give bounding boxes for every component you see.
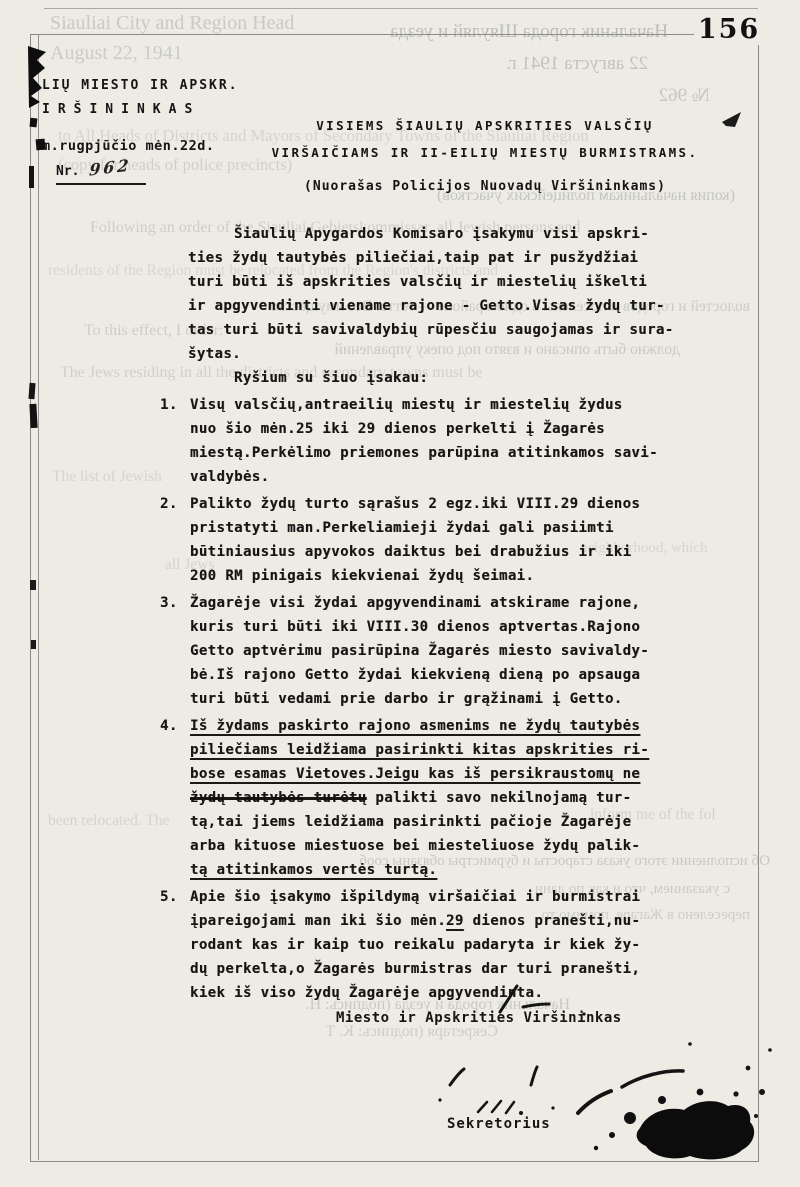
text-segment: dų perkelta,o Žagarės burmistras dar tur…	[190, 961, 640, 977]
order-items: 1.Visų valsčių,antraeilių miestų ir mies…	[160, 393, 744, 1005]
order-item-line: tą,tai jiems leidžiama pasirinkti pačioj…	[190, 810, 744, 834]
text-segment: Apie šio įsakymo išpildymą viršaičiai ir…	[190, 889, 640, 905]
text-segment: 29	[446, 913, 464, 929]
text-segment: įpareigojami man iki šio mėn.	[190, 913, 446, 929]
sender-stamp: LIŲ MIESTO IR APSKR. IRŠININKAS	[42, 78, 239, 117]
reference-number-handwritten: 962	[89, 155, 133, 180]
intro-line: tas turi būti savivaldybių rūpesčiu saug…	[188, 318, 744, 342]
text-segment: žydų tautybės turėtų	[190, 790, 367, 806]
text-segment: turi būti vedami prie darbo ir grąžinami…	[190, 691, 623, 707]
order-lead-line: Ryšium su šiuo įsakau:	[188, 366, 744, 390]
order-item-line: bose esamas Vietoves.Jeigu kas iš persik…	[190, 762, 744, 786]
text-segment: tą atitinkamos vertės turtą.	[190, 862, 437, 878]
heading-subtitle: (Nuorašas Policijos Nuovadų Viršininkams…	[250, 179, 720, 194]
order-item-line: 200 RM pinigais kiekvienai žydų šeimai.	[190, 564, 744, 588]
text-segment: bė.Iš rajono Getto žydai kiekvieną dieną…	[190, 667, 640, 683]
order-item-number: 2.	[160, 492, 190, 588]
document-scan-page: Siauliai City and Region HeadAugust 22, …	[0, 0, 800, 1187]
reference-number: Nr. 962	[56, 160, 146, 185]
order-item-line: arba kituose miestuose bei miesteliuose …	[190, 834, 744, 858]
order-item-line: įpareigojami man iki šio mėn.29 dienos p…	[190, 909, 744, 933]
signature-title: Miesto ir Apskrities Viršininkas	[336, 1010, 622, 1026]
order-item-line: būtiniausius apyvokos daiktus bei drabuž…	[190, 540, 744, 564]
text-segment: piliečiams leidžiama pasirinkti kitas ap…	[190, 742, 649, 758]
order-item: 2.Palikto žydų turto sąrašus 2 egz.iki V…	[160, 492, 744, 588]
order-item-lines: Apie šio įsakymo išpildymą viršaičiai ir…	[190, 885, 744, 1005]
order-item-line: Visų valsčių,antraeilių miestų ir mieste…	[190, 393, 744, 417]
intro-line: ties žydų tautybės piliečiai,taip pat ir…	[188, 246, 744, 270]
order-item-lines: Iš žydams paskirto rajono asmenims ne žy…	[190, 714, 744, 882]
text-segment: kiek iš viso žydų Žagarėje apgyvendinta.	[190, 985, 543, 1001]
page-number: 156	[694, 14, 764, 45]
text-segment: būtiniausius apyvokos daiktus bei drabuž…	[190, 544, 631, 560]
order-item-lines: Visų valsčių,antraeilių miestų ir mieste…	[190, 393, 744, 489]
order-item: 4.Iš žydams paskirto rajono asmenims ne …	[160, 714, 744, 882]
text-segment: tą,tai jiems leidžiama pasirinkti pačioj…	[190, 814, 631, 830]
order-item-line: bė.Iš rajono Getto žydai kiekvieną dieną…	[190, 663, 744, 687]
order-item-number: 1.	[160, 393, 190, 489]
order-item-lines: Palikto žydų turto sąrašus 2 egz.iki VII…	[190, 492, 744, 588]
order-item-line: tą atitinkamos vertės turtą.	[190, 858, 744, 882]
reference-number-label: Nr.	[56, 164, 79, 179]
order-item-lines: Žagarėje visi žydai apgyvendinami atskir…	[190, 591, 744, 711]
intro-line: turi būti iš apskrities valsčių ir miest…	[188, 270, 744, 294]
ghost-line: Siauliai City and Region Head	[50, 12, 294, 34]
text-segment: miestą.Perkėlimo priemones parūpina atit…	[190, 445, 658, 461]
intro-line: šytas.	[188, 342, 744, 366]
order-item-line: nuo šio mėn.25 iki 29 dienos perkelti į …	[190, 417, 744, 441]
text-segment: Žagarėje visi žydai apgyvendinami atskir…	[190, 595, 640, 611]
order-item-number: 3.	[160, 591, 190, 711]
order-item-number: 5.	[160, 885, 190, 1005]
order-item-line: piliečiams leidžiama pasirinkti kitas ap…	[190, 738, 744, 762]
order-item-line: rodant kas ir kaip tuo reikalu padaryta …	[190, 933, 744, 957]
text-segment: dienos pranešti,nu-	[464, 913, 641, 929]
text-segment: Iš žydams paskirto rajono asmenims ne žy…	[190, 718, 640, 734]
text-segment: bose esamas Vietoves.Jeigu kas iš persik…	[190, 766, 640, 782]
date-line: m.rugpjūčio mėn.22d.	[42, 138, 215, 154]
text-segment: Palikto žydų turto sąrašus 2 egz.iki VII…	[190, 496, 640, 512]
text-segment: arba kituose miestuose bei miesteliuose …	[190, 838, 640, 854]
text-segment: nuo šio mėn.25 iki 29 dienos perkelti į …	[190, 421, 605, 437]
order-item-line: Palikto žydų turto sąrašus 2 egz.iki VII…	[190, 492, 744, 516]
order-item-line: valdybės.	[190, 465, 744, 489]
text-segment: 200 RM pinigais kiekvienai žydų šeimai.	[190, 568, 534, 584]
stamp-line-1: LIŲ MIESTO IR APSKR.	[42, 78, 239, 93]
intro-paragraph: Šiaulių Apygardos Komisaro įsakymu visi …	[188, 222, 744, 366]
order-item-line: kuris turi būti iki VIII.30 dienos aptve…	[190, 615, 744, 639]
order-item-line: Iš žydams paskirto rajono asmenims ne žy…	[190, 714, 744, 738]
scan-top-edge	[44, 8, 758, 9]
text-segment: pristatyti man.Perkeliamieji žydai gali …	[190, 520, 614, 536]
text-segment: kuris turi būti iki VIII.30 dienos aptve…	[190, 619, 640, 635]
order-item: 1.Visų valsčių,antraeilių miestų ir mies…	[160, 393, 744, 489]
order-item-line: Getto aptvėrimu pasirūpina Žagarės miest…	[190, 639, 744, 663]
order-item: 5.Apie šio įsakymo išpildymą viršaičiai …	[160, 885, 744, 1005]
ink-speck	[759, 1089, 765, 1095]
document-body: Šiaulių Apygardos Komisaro įsakymu visi …	[160, 222, 744, 1005]
order-item-line: žydų tautybės turėtų palikti savo nekiln…	[190, 786, 744, 810]
order-item-line: miestą.Perkėlimo priemones parūpina atit…	[190, 441, 744, 465]
heading-line-2: VIRŠAIČIAMS IR II-EILIŲ MIESTŲ BURMISTRA…	[250, 139, 720, 166]
stamp-line-2: IRŠININKAS	[42, 102, 239, 117]
order-lead-wrap: Ryšium su šiuo įsakau:	[188, 366, 744, 390]
order-item: 3.Žagarėje visi žydai apgyvendinami atsk…	[160, 591, 744, 711]
document-heading: VISIEMS ŠIAULIŲ APSKRITIES VALSČIŲ VIRŠA…	[250, 112, 720, 194]
text-segment: rodant kas ir kaip tuo reikalu padaryta …	[190, 937, 640, 953]
order-item-line: kiek iš viso žydų Žagarėje apgyvendinta.	[190, 981, 744, 1005]
order-item-line: dų perkelta,o Žagarės burmistras dar tur…	[190, 957, 744, 981]
order-item-line: Apie šio įsakymo išpildymą viršaičiai ir…	[190, 885, 744, 909]
ink-speck	[768, 1048, 772, 1052]
document-frame-inner-line	[38, 34, 39, 1160]
intro-line: Šiaulių Apygardos Komisaro įsakymu visi …	[188, 222, 744, 246]
text-segment: Visų valsčių,antraeilių miestų ir mieste…	[190, 397, 623, 413]
heading-line-1: VISIEMS ŠIAULIŲ APSKRITIES VALSČIŲ	[250, 112, 720, 139]
order-item-line: pristatyti man.Perkeliamieji žydai gali …	[190, 516, 744, 540]
text-segment: Getto aptvėrimu pasirūpina Žagarės miest…	[190, 643, 649, 659]
order-item-number: 4.	[160, 714, 190, 882]
text-segment: valdybės.	[190, 469, 269, 485]
order-item-line: turi būti vedami prie darbo ir grąžinami…	[190, 687, 744, 711]
order-item-line: Žagarėje visi žydai apgyvendinami atskir…	[190, 591, 744, 615]
intro-line: ir apgyvendinti viename rajone - Getto.V…	[188, 294, 744, 318]
secretary-label: Sekretorius	[447, 1116, 551, 1132]
text-segment: palikti savo nekilnojamą tur-	[367, 790, 632, 806]
